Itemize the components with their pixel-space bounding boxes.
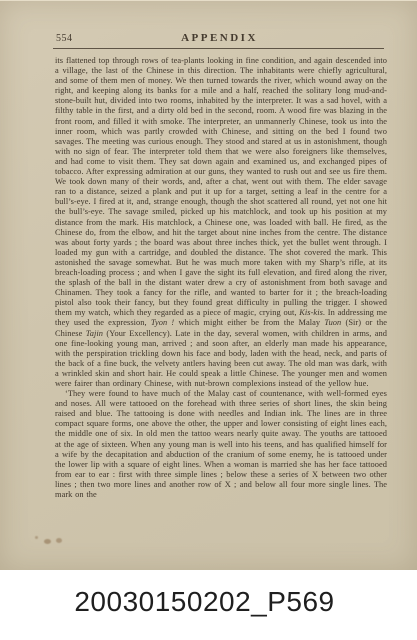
- page-body-text: its flattened top through rows of tea-pl…: [55, 56, 387, 561]
- caption-band: 20030150202_P569: [0, 570, 417, 640]
- caption-text: 20030150202_P569: [74, 586, 334, 618]
- paragraph-quoted: ‘They were found to have much of the Mal…: [55, 389, 387, 500]
- header-rule: [53, 48, 384, 49]
- stain-mark: [44, 539, 51, 544]
- page-header: 554 APPENDIX: [54, 32, 385, 46]
- screenshot-stage: 554 APPENDIX its flattened top through r…: [0, 0, 417, 640]
- stain-mark: [35, 536, 38, 539]
- book-page-scan: 554 APPENDIX its flattened top through r…: [0, 0, 417, 571]
- stain-mark: [56, 538, 62, 543]
- running-head-title: APPENDIX: [54, 32, 385, 44]
- paragraph-continued: its flattened top through rows of tea-pl…: [55, 56, 387, 389]
